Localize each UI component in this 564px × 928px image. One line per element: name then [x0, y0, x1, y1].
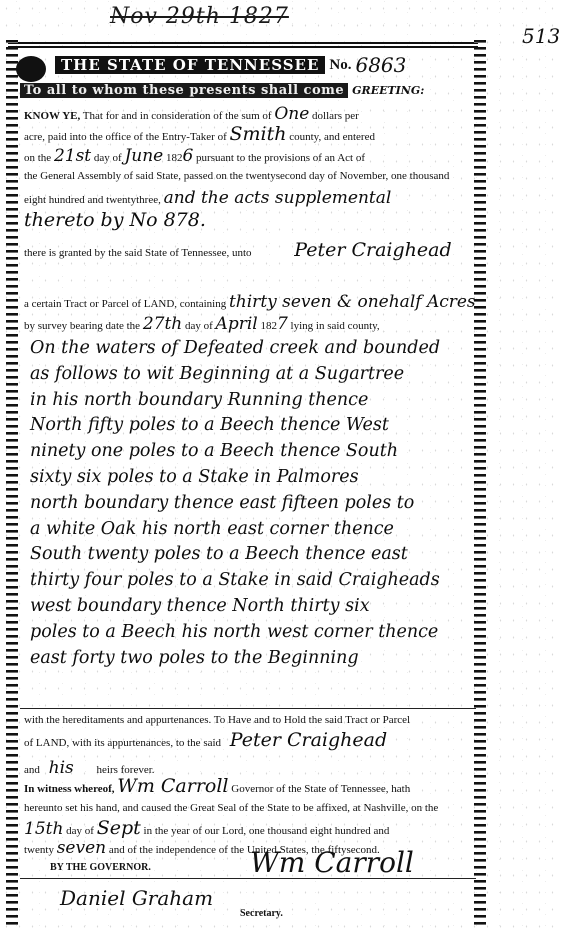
- preamble-text: dollars per: [312, 110, 359, 122]
- document-title: The State of Tennessee: [55, 56, 325, 74]
- testimonium-text: In witness whereof,: [24, 783, 115, 795]
- habendum-line-1: with the hereditaments and appurtenances…: [24, 712, 472, 728]
- description-line: in his north boundary Running thence: [30, 388, 470, 414]
- testimonium-text: in the year of our Lord, one thousand ei…: [144, 825, 390, 837]
- testimonium-line-1: In witness whereof, Wm Carroll Governor …: [24, 776, 472, 797]
- preamble-line-6: thereto by No 878.: [24, 210, 472, 231]
- preamble-line-4: the General Assembly of said State, pass…: [24, 168, 472, 184]
- entry-day: 21st: [54, 146, 91, 166]
- preamble-line-2: acre, paid into the office of the Entry-…: [24, 124, 472, 145]
- tract-line-2: by survey bearing date the 27th day of A…: [24, 314, 472, 334]
- grantee-name-repeat: Peter Craighead: [230, 729, 387, 751]
- preamble-text: day of: [94, 152, 122, 164]
- description-line: a white Oak his north east corner thence: [30, 517, 470, 543]
- testimonium-text: day of: [66, 825, 94, 837]
- handwritten-reference: thereto by No 878.: [24, 209, 206, 231]
- tract-text: lying in said county,: [291, 320, 380, 332]
- sum-value: One: [274, 104, 309, 124]
- preamble-line-7: there is granted by the said State of Te…: [24, 240, 472, 261]
- survey-day: 27th: [143, 314, 182, 334]
- preamble-text: there is granted by the said State of Te…: [24, 247, 252, 259]
- county-value: Smith: [230, 123, 287, 145]
- description-line: north boundary thence east fifteen poles…: [30, 491, 470, 517]
- pronoun: his: [49, 758, 74, 778]
- preamble-text: county, and entered: [289, 131, 375, 143]
- address-line: To all to whom these presents shall come…: [20, 82, 472, 98]
- secretary-signature: Daniel Graham: [60, 886, 213, 910]
- grantee-name: Peter Craighead: [294, 239, 451, 261]
- tract-line-1: a certain Tract or Parcel of LAND, conta…: [24, 292, 472, 312]
- tract-text: a certain Tract or Parcel of LAND, conta…: [24, 298, 226, 310]
- survey-year-suffix: 7: [277, 314, 288, 334]
- preamble-line-3: on the 21st day of June 1826 pursuant to…: [24, 146, 472, 166]
- testimonium-text: twenty: [24, 844, 54, 856]
- sign-day: 15th: [24, 819, 63, 839]
- page-number: 513: [522, 24, 560, 48]
- description-line: sixty six poles to a Stake in Palmores: [30, 465, 470, 491]
- grant-number-label: No.: [329, 57, 351, 74]
- preamble-text: on the: [24, 152, 51, 164]
- description-line: South twenty poles to a Beech thence eas…: [30, 542, 470, 568]
- governor-name: Wm Carroll: [117, 775, 228, 797]
- description-line: east forty two poles to the Beginning: [30, 646, 470, 672]
- handwritten-acts: and the acts supplemental: [164, 188, 392, 208]
- entry-year-prefix: 182: [166, 152, 183, 164]
- description-line: On the waters of Defeated creek and boun…: [30, 336, 470, 362]
- divider: [20, 708, 476, 709]
- boundary-description: On the waters of Defeated creek and boun…: [30, 336, 470, 671]
- address-text: To all to whom these presents shall come: [20, 83, 348, 98]
- preamble-text: pursuant to the provisions of an Act of: [196, 152, 365, 164]
- right-chevron-border: [474, 40, 486, 928]
- grant-number: 6863: [355, 53, 406, 77]
- preamble-line-1: KNOW YE, That for and in consideration o…: [24, 104, 472, 124]
- habendum-line-3: and his heirs forever.: [24, 758, 472, 778]
- sign-year-word: seven: [57, 838, 106, 858]
- description-line: west boundary thence North thirty six: [30, 594, 470, 620]
- seal-icon: [16, 56, 46, 82]
- survey-year-prefix: 182: [260, 320, 277, 332]
- acres-value: thirty seven & onehalf Acres: [229, 292, 476, 312]
- entry-year-suffix: 6: [182, 146, 193, 166]
- habendum-line-2: of LAND, with its appurtenances, to the …: [24, 730, 472, 751]
- title-line: The State of Tennessee No. 6863: [55, 54, 475, 76]
- description-line: thirty four poles to a Stake in said Cra…: [30, 568, 470, 594]
- governor-signature: Wm Carroll: [250, 846, 414, 879]
- greeting: GREETING:: [352, 84, 424, 97]
- testimonium-line-3: 15th day of Sept in the year of our Lord…: [24, 818, 472, 839]
- preamble-text: That for and in consideration of the sum…: [83, 110, 272, 122]
- signature-rule: [20, 878, 476, 879]
- habendum-text: of LAND, with its appurtenances, to the …: [24, 737, 221, 749]
- top-handwritten-annotation: Nov 29th 1827: [110, 4, 289, 29]
- description-line: poles to a Beech his north west corner t…: [30, 620, 470, 646]
- entry-month: June: [124, 146, 163, 166]
- testimonium-text: Governor of the State of Tennessee, hath: [231, 783, 410, 795]
- preamble-text: eight hundred and twentythree,: [24, 194, 161, 206]
- testimonium-line-2: hereunto set his hand, and caused the Gr…: [24, 800, 472, 816]
- land-grant-document: Nov 29th 1827 513 The State of Tennessee…: [0, 0, 564, 928]
- preamble-line-5: eight hundred and twentythree, and the a…: [24, 188, 472, 208]
- description-line: as follows to wit Beginning at a Sugartr…: [30, 362, 470, 388]
- left-chevron-border: [6, 40, 18, 928]
- sign-month: Sept: [97, 817, 141, 839]
- description-line: ninety one poles to a Beech thence South: [30, 439, 470, 465]
- habendum-text: and: [24, 764, 40, 776]
- survey-month: April: [216, 314, 258, 334]
- know-ye: KNOW YE,: [24, 110, 80, 122]
- tract-text: by survey bearing date the: [24, 320, 140, 332]
- tract-text: day of: [185, 320, 213, 332]
- description-line: North fifty poles to a Beech thence West: [30, 413, 470, 439]
- secretary-label: Secretary.: [240, 906, 360, 922]
- preamble-text: acre, paid into the office of the Entry-…: [24, 131, 227, 143]
